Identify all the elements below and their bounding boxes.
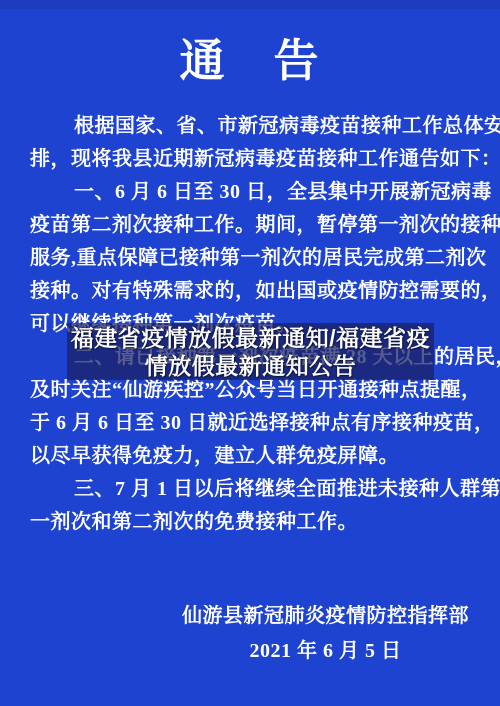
notice-body-line: 于 6 月 6 日至 30 日就近选择接种点有序接种疫苗， [30, 407, 470, 440]
signature-block: 仙游县新冠肺炎疫情防控指挥部 2021 年 6 月 5 日 [182, 601, 469, 666]
notice-body-line: 排，现将我县近期新冠病毒疫苗接种工作通告如下： [30, 143, 470, 176]
notice-body-line: 一、6 月 6 日至 30 日，全县集中开展新冠病毒 [30, 176, 470, 209]
notice-body-line: 以尽早获得免疫力，建立人群免疫屏障。 [30, 440, 470, 473]
overlay-headline: 福建省疫情放假最新通知/福建省疫 情放假最新通知公告 [67, 323, 434, 380]
notice-body-line: 一剂次和第二剂次的免费接种工作。 [30, 506, 470, 539]
signature-date: 2021 年 6 月 5 日 [182, 636, 469, 666]
top-band-decoration [0, 0, 500, 9]
notice-body-line: 疫苗第二剂次接种工作。期间，暂停第一剂次的接种 [30, 209, 470, 242]
notice-body-line: 根据国家、省、市新冠病毒疫苗接种工作总体安 [30, 110, 470, 143]
signature-issuer: 仙游县新冠肺炎疫情防控指挥部 [182, 601, 469, 631]
notice-body-line: 服务,重点保障已接种第一剂次的居民完成第二剂次 [30, 242, 470, 275]
notice-title: 通 告 [0, 24, 500, 89]
overlay-headline-line-1: 福建省疫情放假最新通知/福建省疫 [67, 324, 434, 352]
overlay-headline-line-2: 情放假最新通知公告 [67, 352, 434, 380]
notice-body-line: 三、7 月 1 日以后将继续全面推进未接种人群第 [30, 473, 470, 506]
notice-body-line: 接种。对有特殊需求的，如出国或疫情防控需要的， [30, 275, 470, 308]
notice-poster: 通 告 根据国家、省、市新冠病毒疫苗接种工作总体安排，现将我县近期新冠病毒疫苗接… [0, 0, 500, 706]
